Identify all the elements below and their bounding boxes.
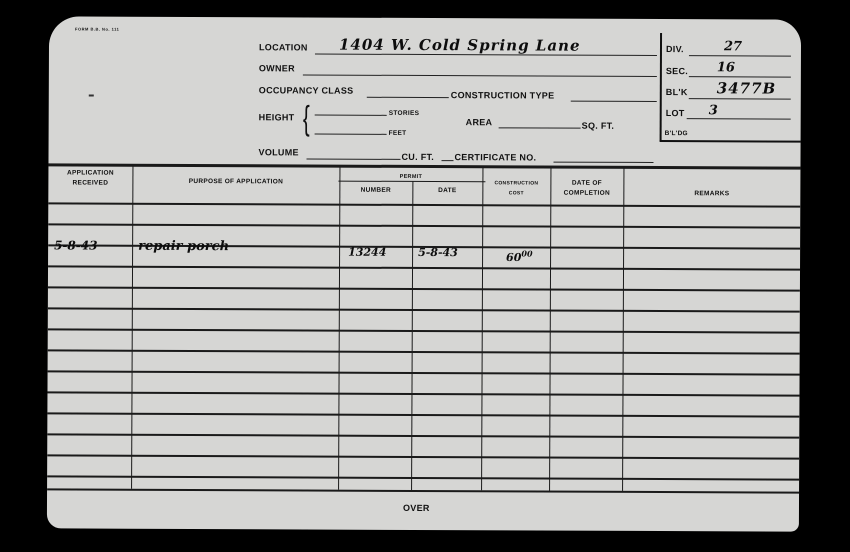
table-row: 5-8-43 repair porch 13244 5-8-43 6000 [49,16,801,19]
table-top-border [48,163,800,169]
col-divider [549,168,552,491]
construction-type-label: CONSTRUCTION TYPE [451,90,555,100]
area-label: AREA [466,117,493,127]
header-construction-cost-line2: COST [482,188,550,198]
row-line [48,265,800,270]
feet-field[interactable] [315,134,387,135]
row-line [48,349,800,354]
form-id: FORM B.B. No. 111 [75,26,119,31]
row-line [47,433,799,438]
row-line [47,412,799,417]
owner-field[interactable] [303,74,657,77]
blk-line [689,98,791,99]
side-box-border-bottom [660,140,801,142]
lot-label: LOT [666,108,685,118]
header-permit: PERMIT [339,172,482,183]
header-bottom-line [48,202,800,207]
height-label: HEIGHT [259,112,295,122]
div-label: DIV. [666,44,684,54]
lot-value[interactable]: 3 [709,103,718,118]
header-completion-line1: DATE OF [550,179,623,189]
div-value[interactable]: 27 [724,39,742,54]
cell-permit-number[interactable]: 13244 [348,246,386,259]
cell-received[interactable]: 5-8-43 [54,238,97,252]
area-field[interactable] [499,127,581,128]
brace-icon: { [303,101,310,135]
row-line [47,454,799,459]
header-completion-line2: COMPLETION [550,189,623,199]
cell-permit-date[interactable]: 5-8-43 [418,246,458,259]
header-construction-cost-line1: CONSTRUCTION [482,178,550,188]
col-divider [131,166,134,489]
bldg-label: B'L'DG [665,130,688,137]
sqft-label: SQ. FT. [582,121,615,131]
header-permit-number: NUMBER [339,186,412,196]
side-box-border-left [660,33,662,141]
cell-cost-cents: 00 [521,248,532,258]
location-label: LOCATION [259,42,308,52]
col-divider [411,181,414,490]
header-app-received: APPLICATION RECEIVED [48,168,132,188]
certificate-field[interactable] [553,162,653,163]
col-divider [481,167,484,490]
row-line [47,391,799,396]
row-line [47,475,799,480]
stories-label: STORIES [389,110,420,117]
owner-label: OWNER [259,63,295,73]
cell-cost[interactable]: 6000 [506,248,533,264]
certificate-label: CERTIFICATE NO. [454,152,536,162]
feet-label: FEET [389,130,407,137]
permit-card: FORM B.B. No. 111 LOCATION 1404 W. Cold … [47,16,801,531]
table-bottom-line [47,488,799,493]
occupancy-class-field[interactable] [367,97,449,98]
header-completion: DATE OF COMPLETION [550,179,623,199]
row-line [48,223,800,228]
stories-field[interactable] [315,115,387,116]
ink-speck [89,95,94,97]
blk-value[interactable]: 3477B [717,79,777,97]
volume-field[interactable] [306,158,400,159]
header-app-received-line1: APPLICATION [48,168,132,178]
header-purpose: PURPOSE OF APPLICATION [132,177,339,188]
cuft-dash [441,160,453,161]
cell-purpose[interactable]: repair porch [138,239,229,254]
occupancy-class-label: OCCUPANCY CLASS [259,85,354,95]
row-line [48,328,800,333]
sec-label: SEC. [666,66,688,76]
row-line [48,286,800,291]
sec-value[interactable]: 16 [717,60,735,75]
volume-label: VOLUME [259,147,299,157]
col-divider [338,167,341,490]
row-line [48,307,800,312]
cell-cost-value: 60 [506,251,521,264]
col-divider [622,168,625,491]
cuft-label: CU. FT. [401,152,434,162]
row-line [48,370,800,375]
location-value[interactable]: 1404 W. Cold Spring Lane [339,36,581,55]
blk-label: BL'K [666,87,688,97]
header-app-received-line2: RECEIVED [48,178,132,188]
over-label: OVER [403,503,430,513]
div-line [689,55,791,56]
sec-line [689,76,791,77]
header-construction-cost: CONSTRUCTION COST [482,178,550,198]
header-permit-date: DATE [412,186,482,196]
lot-line [687,118,791,119]
construction-type-field[interactable] [571,101,657,102]
header-remarks: REMARKS [623,189,800,200]
